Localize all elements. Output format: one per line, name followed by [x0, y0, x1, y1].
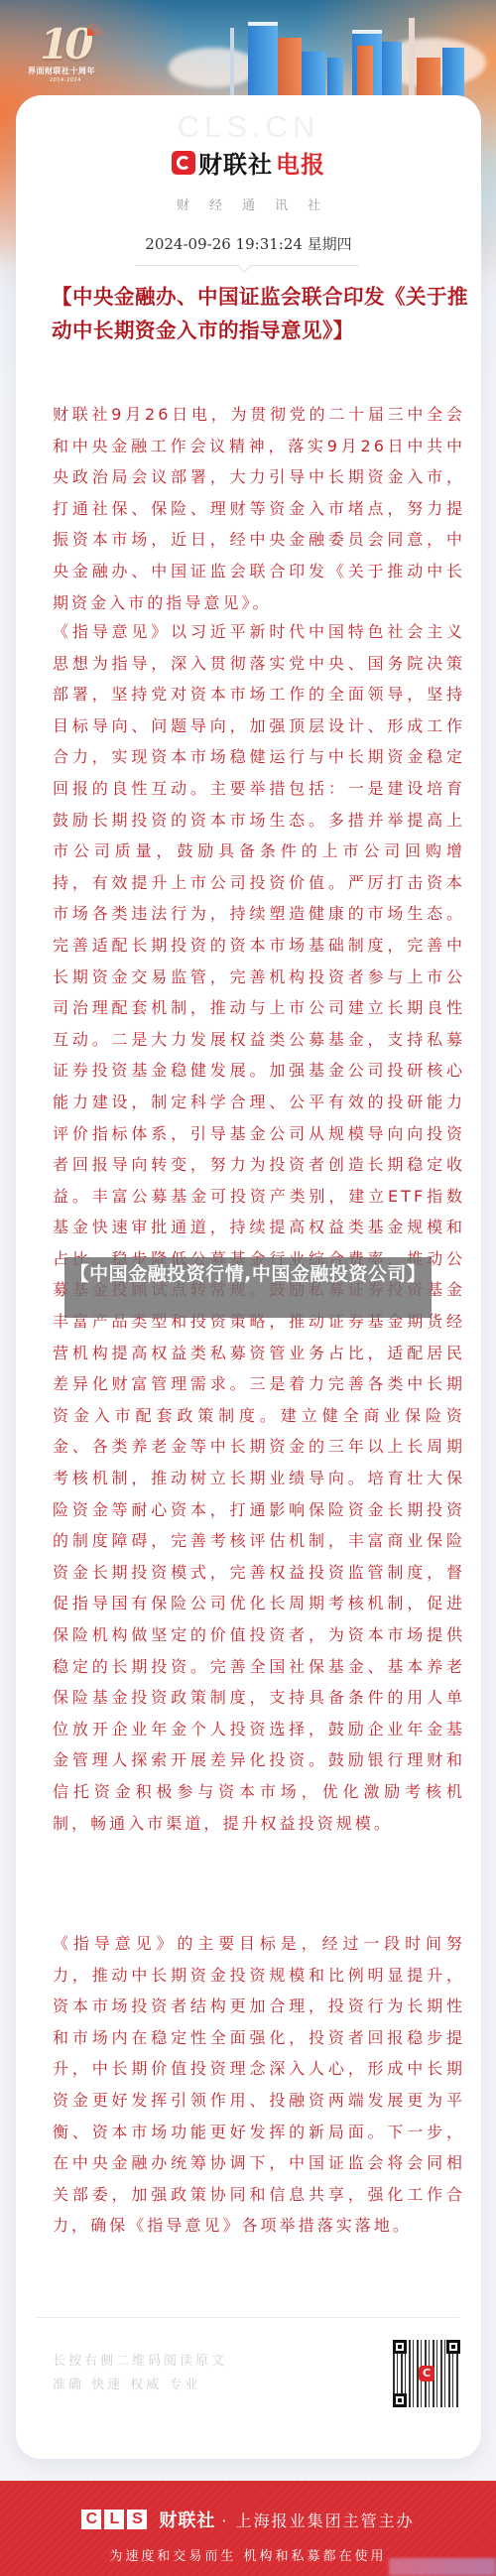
bottom-brand-row: C L S 财联社 · 上海报业集团主管主办 [0, 2507, 496, 2532]
cls-c-logo-icon [172, 151, 195, 175]
brand-logo: 财联社电报 [16, 145, 481, 173]
article-paragraph: 财联社9月26日电，为贯彻党的二十届三中全会和中央金融工作会议精神，落实9月26… [53, 399, 465, 618]
footer-text: 长按右侧二维码阅读原文 准确 快速 权威 专业 [53, 2350, 227, 2397]
brand-product: 电报 [276, 145, 325, 180]
article-paragraph: 《指导意见》以习近平新时代中国特色社会主义思想为指导，深入贯彻落实党中央、国务院… [53, 616, 465, 1839]
chevron-down-icon [238, 260, 251, 273]
article-title: 【中央金融办、中国证监会联合印发《关于推动中长期资金入市的指导意见》】 [52, 280, 468, 347]
footer-divider [36, 2317, 459, 2318]
overlay-caption: 【中国金融投资行情,中国金融投资公司】 [64, 1257, 432, 1318]
bottom-brand-name: 财联社 [159, 2507, 215, 2532]
qr-finder-icon [446, 2340, 460, 2354]
qr-finder-icon [393, 2393, 407, 2407]
signal-icon [87, 24, 103, 36]
skyline-illustration [179, 8, 476, 97]
article-paragraph: 《指导意见》的主要目标是，经过一段时间努力，推动中长期资金投资规模和比例明显提升… [53, 1928, 465, 2242]
bottom-owner: · 上海报业集团主管主办 [221, 2509, 414, 2531]
anniversary-name: 界面财联社十周年 [28, 65, 95, 76]
cls-letter: S [127, 2510, 147, 2529]
cls-watermark: CLS.CN [16, 109, 481, 145]
qr-code[interactable]: C [393, 2340, 460, 2407]
cls-letter-logo: C L S [81, 2510, 147, 2529]
brand-name: 财联社 [198, 145, 273, 180]
blurred-watermark [389, 2558, 496, 2576]
anniversary-logo: 10 界面财联社十周年 2014-2024 [24, 18, 113, 87]
cls-letter: L [104, 2510, 124, 2529]
publish-datetime: 2024-09-26 19:31:24 星期四 [16, 233, 481, 254]
cls-letter: C [81, 2510, 101, 2529]
qr-hint: 长按右侧二维码阅读原文 [53, 2350, 227, 2374]
anniversary-years: 2014-2024 [50, 77, 81, 83]
qr-finder-icon [393, 2340, 407, 2354]
slogan: 准确 快速 权威 专业 [53, 2374, 227, 2397]
agency-name: 财经通讯社 [16, 194, 481, 213]
anniversary-number: 10 [40, 20, 89, 68]
qr-logo-icon: C [419, 2366, 434, 2382]
